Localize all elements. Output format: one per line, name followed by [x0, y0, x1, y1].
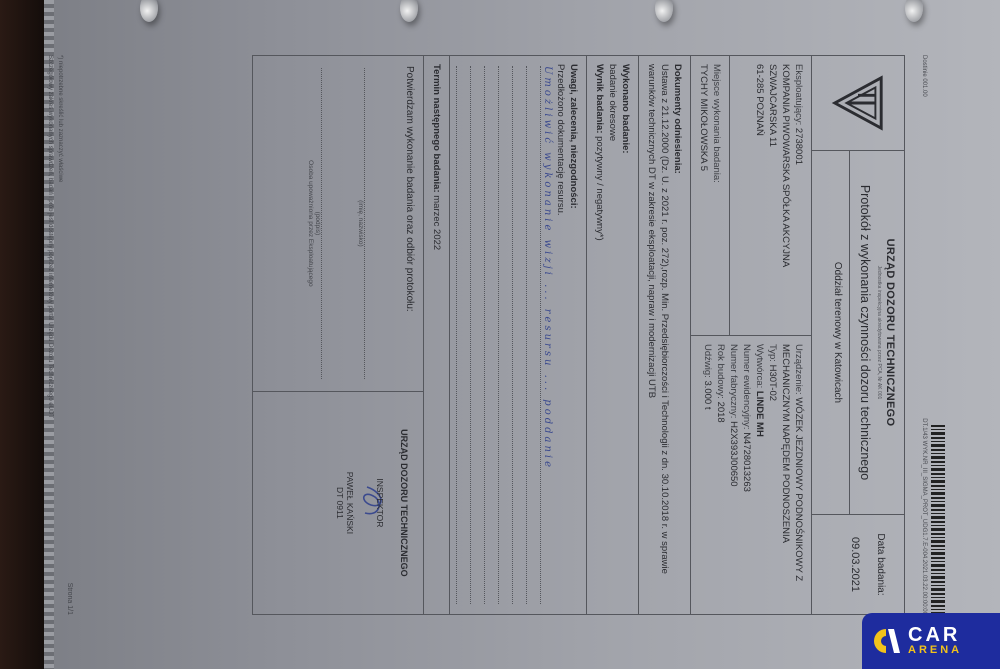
organization-name: URZĄD DOZORU TECHNICZNEGO: [884, 151, 896, 514]
document-meta: Dostinie 001.00 DT.1/43 WYK.NR_III_SIGMA…: [921, 55, 927, 615]
remarks-label: Uwagi, zalecenia, niezgodności:: [568, 64, 579, 209]
udt-logo-icon: [829, 74, 887, 132]
car-arena-logo-icon: [874, 627, 900, 655]
inspection-result: pozytywny / negatywny*): [594, 136, 605, 241]
dotted-line: [526, 66, 540, 604]
inspection-label: Wykonano badanie:: [620, 64, 631, 154]
signature-section: Potwierdzam wykonanie badania oraz odbió…: [253, 56, 423, 614]
protocol-form: URZĄD DOZORU TECHNICZNEGO Jednostka insp…: [252, 55, 905, 615]
inspector-role: INSPEKTOR: [375, 392, 385, 614]
dotted-line: [484, 66, 498, 604]
udt-logo: [812, 56, 904, 151]
registry-number: N4728013263: [741, 432, 752, 492]
operator-name: KOMPANIA PIWOWARSKA SPÓŁKA AKCYJNA: [779, 64, 792, 327]
location-block: Miejsce wykonania badania: TYCHY MIKOŁOW…: [691, 56, 729, 335]
footnote-info: Szczegółowy zakres wykonanych sprawdzeń,…: [47, 55, 53, 615]
date-value: 09.03.2021: [849, 515, 861, 614]
device-block: Urządzenie: WÓZEK JEZDNIOWY PODNOŚNIKOWY…: [695, 336, 811, 614]
print-reference: DT.1/43 WYK.NR_III_SIGMA_PROT_UDG1.7.E-0…: [921, 418, 927, 615]
branch-office: Oddział terenowy w Katowicach: [828, 151, 850, 514]
form-code: Dostinie 001.00: [921, 55, 927, 97]
date-label: Data badania:: [875, 515, 886, 614]
page-number: Strona 1/1: [66, 55, 73, 615]
watermark-line1: CAR: [908, 626, 962, 644]
inspector-stamp: URZĄD DOZORU TECHNICZNEGO INSPEKTOR PAWE…: [253, 391, 423, 614]
inspection-protocol-page: Dostinie 001.00 DT.1/43 WYK.NR_III_SIGMA…: [55, 55, 905, 615]
next-inspection-section: Termin następnego badania: marzec 2022: [423, 56, 449, 614]
location-value: TYCHY MIKOŁOWSKA 5: [697, 64, 710, 327]
form-header: URZĄD DOZORU TECHNICZNEGO Jednostka insp…: [811, 56, 904, 614]
protocol-title: Protokół z wykonania czynności dozoru te…: [858, 151, 872, 514]
signature-caption: (podpis): [314, 66, 321, 381]
operator-city: 61-285 POZNAŃ: [753, 64, 766, 327]
car-arena-watermark: CAR ARENA: [862, 613, 1000, 669]
dotted-line: [470, 66, 484, 604]
footnote-asterisk: *) niepotrzebne skreślić lub zaznaczyć w…: [57, 55, 63, 615]
lifting-capacity: 3.000 t: [702, 380, 713, 409]
desk-background: [0, 0, 48, 669]
name-caption: (imię, nazwisko): [357, 66, 364, 381]
operator-block: Eksploatujący: 2738001 KOMPANIA PIWOWARS…: [729, 56, 811, 335]
dotted-line: [456, 66, 470, 604]
signature-line: [321, 68, 335, 379]
inspection-section: Wykonano badanie: badanie okresowe Wynik…: [586, 56, 638, 614]
operator-id: 2738001: [793, 128, 804, 165]
references-text: Ustawa z 21.12.2000 (Dz. U. z 2021 r. po…: [645, 64, 671, 606]
authorized-caption: Osoba upoważniona przez Eksploatującego: [307, 66, 314, 381]
operator-street: SZWAJCARSKA 11: [766, 64, 779, 327]
remarks-section: Uwagi, zalecenia, niezgodności: Przedłoż…: [449, 56, 586, 614]
inspector-organization: URZĄD DOZORU TECHNICZNEGO: [399, 392, 409, 614]
confirmation-label: Potwierdzam wykonanie badania oraz odbió…: [404, 66, 415, 381]
accreditation-note: Jednostka inspekcyjna akredytowana przez…: [876, 151, 882, 514]
inspector-code: DT 0911: [335, 392, 345, 614]
device-manufacturer: LINDE MH: [754, 391, 765, 437]
device-type: H30T-02: [767, 365, 778, 401]
dotted-line: [498, 66, 512, 604]
serial-number: H2X393J00650: [728, 421, 739, 487]
watermark-line2: ARENA: [908, 644, 962, 656]
references-section: Dokumenty odniesienia: Ustawa z 21.12.20…: [638, 56, 690, 614]
build-year: 2018: [715, 402, 726, 423]
barcode: [931, 425, 945, 615]
references-label: Dokumenty odniesienia:: [672, 64, 683, 174]
inspection-date-box: Data badania: 09.03.2021: [812, 514, 904, 614]
inspection-type: badanie okresowe: [606, 64, 619, 241]
dotted-line: [512, 66, 526, 604]
operator-device-section: Eksploatujący: 2738001 KOMPANIA PIWOWARS…: [690, 56, 811, 614]
remarks-printed: Przedłożono dokumentację resursu.: [554, 64, 567, 606]
next-inspection-date: marzec 2022: [431, 195, 442, 250]
name-line: [364, 68, 378, 379]
remarks-handwritten: Umożliwić wykonanie wizji ... resursu ..…: [540, 66, 554, 604]
header-center: URZĄD DOZORU TECHNICZNEGO Jednostka insp…: [812, 151, 904, 514]
inspector-name: PAWEŁ KAŃSKI: [345, 392, 355, 614]
